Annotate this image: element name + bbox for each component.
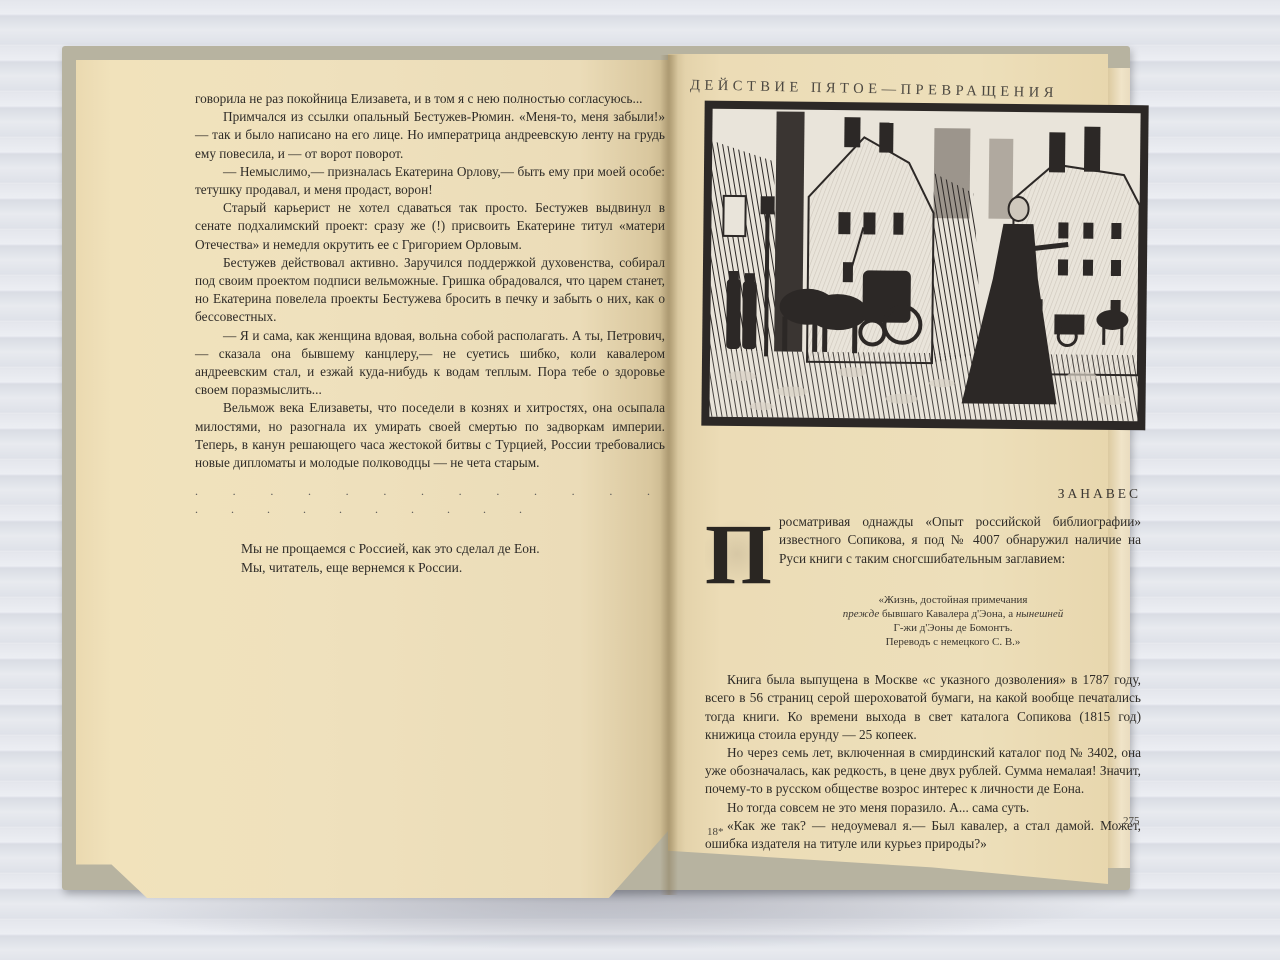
paragraph: говорила не раз покойница Елизавета, и в… — [195, 90, 665, 108]
paragraph: Старый карьерист не хотел сдаваться так … — [195, 199, 665, 254]
paragraph: Книга была выпущена в Москве «с указного… — [705, 671, 1141, 744]
ornamental-drop-cap: П — [705, 515, 769, 593]
wood-engraving-illustration — [701, 101, 1148, 431]
paragraph: «Как же так? — недоумевал я.— Был кавале… — [705, 817, 1141, 853]
quote-line: «Жизнь, достойная примечания — [765, 593, 1141, 607]
paragraph: — Немыслимо,— призналась Екатерина Орлов… — [195, 163, 665, 199]
paragraph: Вельмож века Елизаветы, что поседели в к… — [195, 399, 665, 472]
quote-line: Г-жи д'Эоны де Бомонтъ. — [765, 621, 1141, 635]
left-page-text: говорила не раз покойница Елизавета, и в… — [195, 90, 665, 577]
farewell-line: Мы не прощаемся с Россией, как это сдела… — [241, 539, 665, 558]
paragraph: Но через семь лет, включенная в смирдинс… — [705, 744, 1141, 799]
paragraph: Примчался из ссылки опальный Бестужев-Рю… — [195, 108, 665, 163]
farewell-line: Мы, читатель, еще вернемся к России. — [241, 558, 665, 577]
quote-italic: нынешней — [1016, 608, 1063, 620]
quote-line: прежде бывшаго Кавалера д'Эона, а нынешн… — [765, 607, 1141, 621]
paragraph: Но тогда совсем не это меня поразило. А.… — [705, 799, 1141, 817]
paragraph: Бестужев действовал активно. Заручился п… — [195, 254, 665, 327]
book-title-quote: «Жизнь, достойная примечания прежде бывш… — [765, 593, 1141, 649]
quote-line: Переводъ с немецкого С. В.» — [765, 635, 1141, 649]
section-separator: . . . . . . . . . . . . . . . . . . . . … — [195, 482, 665, 518]
quote-italic: прежде — [843, 608, 879, 620]
quote-text: бывшаго Кавалера д'Эона, а — [879, 608, 1016, 620]
paragraph: — Я и сама, как женщина вдовая, вольна с… — [195, 327, 665, 400]
right-page-text: ЗАНАВЕС П росматривая однажды «Опыт росс… — [705, 485, 1141, 853]
page-number: 275 — [1123, 815, 1140, 827]
section-title: ЗАНАВЕС — [705, 485, 1141, 503]
signature-mark: 18* — [707, 826, 724, 838]
